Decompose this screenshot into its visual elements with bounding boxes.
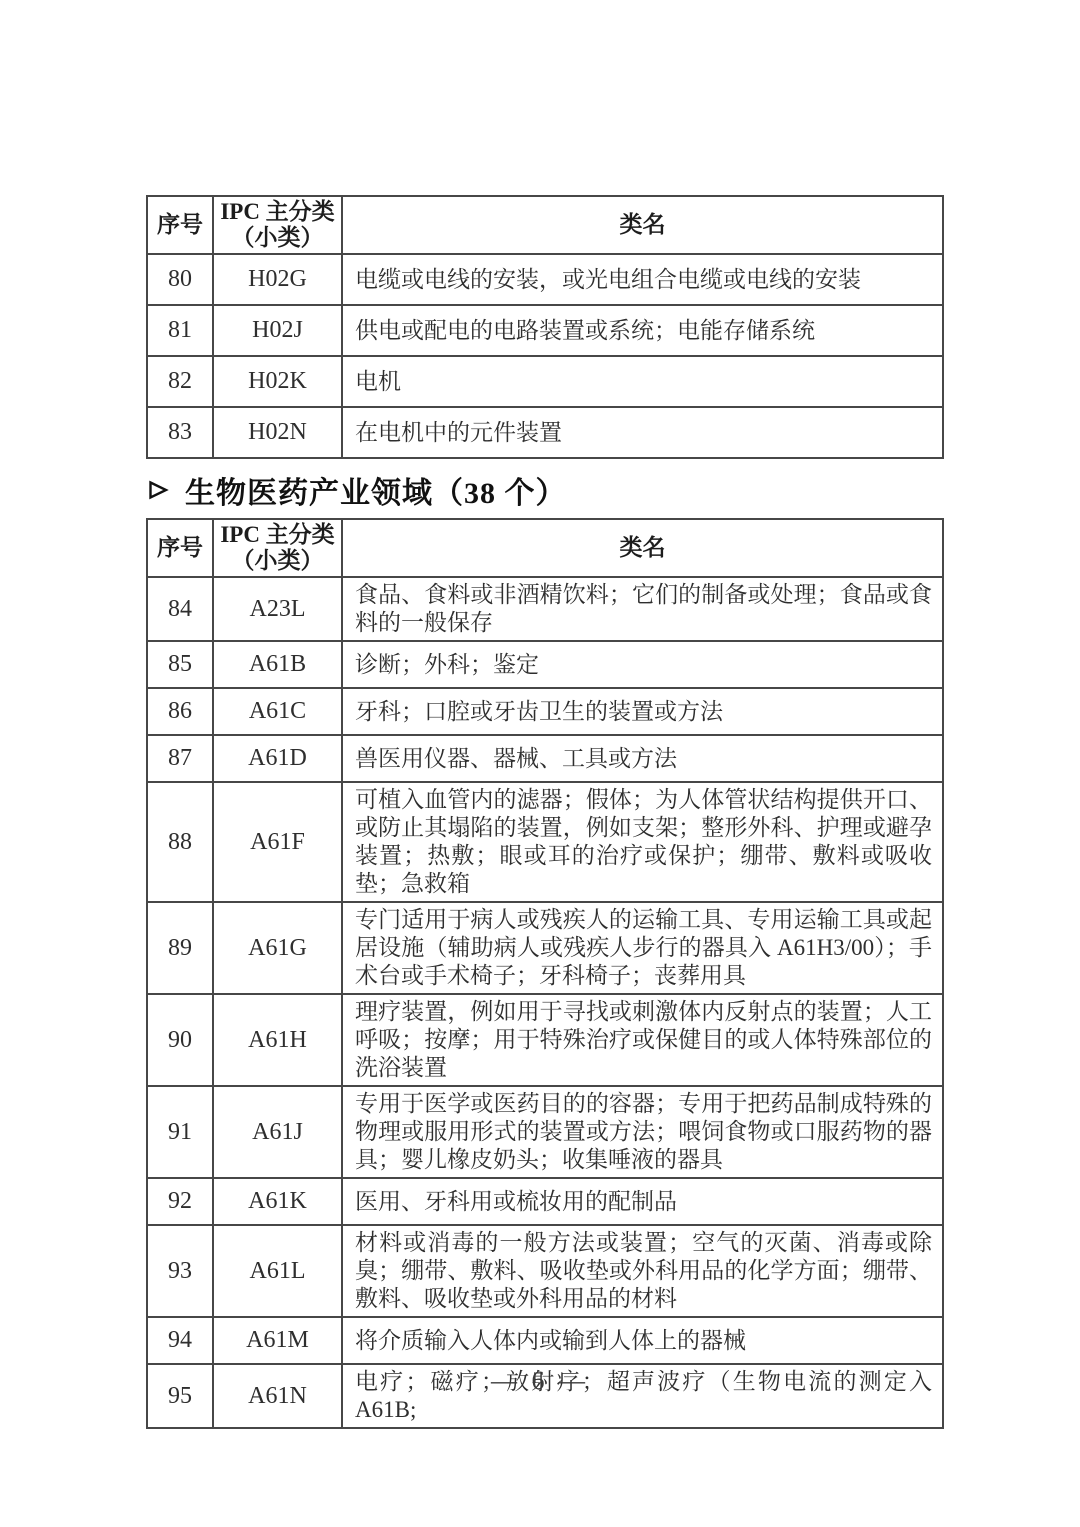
class-name-cell: 供电或配电的电路装置或系统；电能存储系统 <box>342 305 943 356</box>
header-class-name: 类名 <box>342 519 943 577</box>
ipc-code-cell: H02J <box>213 305 342 356</box>
header-ipc-line2: （小类） <box>218 225 337 251</box>
table-row: 89 A61G 专门适用于病人或残疾人的运输工具、专用运输工具或起居设施（辅助病… <box>147 902 943 994</box>
table-body: 84 A23L 食品、食料或非酒精饮料；它们的制备或处理；食品或食料的一般保存 … <box>147 577 943 1428</box>
header-row: 序号 IPC 主分类 （小类） 类名 <box>147 519 943 577</box>
class-name-cell: 医用、牙科用或梳妆用的配制品 <box>342 1178 943 1225</box>
class-name-cell: 电缆或电线的安装，或光电组合电缆或电线的安装 <box>342 254 943 305</box>
table-body: 80 H02G 电缆或电线的安装，或光电组合电缆或电线的安装 81 H02J 供… <box>147 254 943 458</box>
row-number-cell: 91 <box>147 1086 213 1178</box>
header-no: 序号 <box>147 196 213 254</box>
class-name-cell: 专用于医学或医药目的的容器；专用于把药品制成特殊的物理或服用形式的装置或方法；喂… <box>342 1086 943 1178</box>
row-number-cell: 88 <box>147 782 213 902</box>
table-row: 88 A61F 可植入血管内的滤器；假体；为人体管状结构提供开口、或防止其塌陷的… <box>147 782 943 902</box>
header-no: 序号 <box>147 519 213 577</box>
table-row: 81 H02J 供电或配电的电路装置或系统；电能存储系统 <box>147 305 943 356</box>
class-name-cell: 可植入血管内的滤器；假体；为人体管状结构提供开口、或防止其塌陷的装置，例如支架；… <box>342 782 943 902</box>
class-name-cell: 在电机中的元件装置 <box>342 407 943 458</box>
page-number: — 6 — <box>0 1366 1080 1396</box>
class-name-cell: 专门适用于病人或残疾人的运输工具、专用运输工具或起居设施（辅助病人或残疾人步行的… <box>342 902 943 994</box>
section-heading: 生物医药产业领域（38 个） <box>148 473 944 507</box>
table-header: 序号 IPC 主分类 （小类） 类名 <box>147 519 943 577</box>
ipc-code-cell: A61M <box>213 1317 342 1364</box>
table-row: 90 A61H 理疗装置，例如用于寻找或刺激体内反射点的装置；人工呼吸；按摩；用… <box>147 994 943 1086</box>
header-ipc-line1: IPC 主分类 <box>218 199 337 225</box>
ipc-code-cell: A61C <box>213 688 342 735</box>
row-number-cell: 80 <box>147 254 213 305</box>
ipc-table-biomedicine: 序号 IPC 主分类 （小类） 类名 84 A23L 食品、食料或非酒精饮料；它… <box>146 518 944 1429</box>
ipc-code-cell: H02K <box>213 356 342 407</box>
ipc-code-cell: A61H <box>213 994 342 1086</box>
ipc-code-cell: A61D <box>213 735 342 782</box>
header-ipc: IPC 主分类 （小类） <box>213 519 342 577</box>
header-ipc-line2: （小类） <box>218 548 337 574</box>
table-row: 94 A61M 将介质输入人体内或输到人体上的器械 <box>147 1317 943 1364</box>
row-number-cell: 94 <box>147 1317 213 1364</box>
row-number-cell: 81 <box>147 305 213 356</box>
row-number-cell: 85 <box>147 641 213 688</box>
ipc-code-cell: A61L <box>213 1225 342 1317</box>
table-row: 87 A61D 兽医用仪器、器械、工具或方法 <box>147 735 943 782</box>
table-row: 83 H02N 在电机中的元件装置 <box>147 407 943 458</box>
table-row: 91 A61J 专用于医学或医药目的的容器；专用于把药品制成特殊的物理或服用形式… <box>147 1086 943 1178</box>
ipc-code-cell: A61B <box>213 641 342 688</box>
table-row: 92 A61K 医用、牙科用或梳妆用的配制品 <box>147 1178 943 1225</box>
table-row: 93 A61L 材料或消毒的一般方法或装置；空气的灭菌、消毒或除臭；绷带、敷料、… <box>147 1225 943 1317</box>
table-header: 序号 IPC 主分类 （小类） 类名 <box>147 196 943 254</box>
row-number-cell: 90 <box>147 994 213 1086</box>
row-number-cell: 89 <box>147 902 213 994</box>
row-number-cell: 82 <box>147 356 213 407</box>
class-name-cell: 食品、食料或非酒精饮料；它们的制备或处理；食品或食料的一般保存 <box>342 577 943 641</box>
table-row: 86 A61C 牙科；口腔或牙齿卫生的装置或方法 <box>147 688 943 735</box>
class-name-cell: 诊断；外科；鉴定 <box>342 641 943 688</box>
class-name-cell: 将介质输入人体内或输到人体上的器械 <box>342 1317 943 1364</box>
header-ipc-line1: IPC 主分类 <box>218 522 337 548</box>
ipc-code-cell: A61K <box>213 1178 342 1225</box>
ipc-code-cell: H02G <box>213 254 342 305</box>
row-number-cell: 84 <box>147 577 213 641</box>
arrow-bullet-icon <box>148 479 169 501</box>
class-name-cell: 电机 <box>342 356 943 407</box>
class-name-cell: 材料或消毒的一般方法或装置；空气的灭菌、消毒或除臭；绷带、敷料、吸收垫或外科用品… <box>342 1225 943 1317</box>
header-class-name: 类名 <box>342 196 943 254</box>
page-content: 序号 IPC 主分类 （小类） 类名 80 H02G 电缆或电线的安装，或光电组… <box>146 195 944 1429</box>
document-page: 序号 IPC 主分类 （小类） 类名 80 H02G 电缆或电线的安装，或光电组… <box>0 0 1080 1527</box>
row-number-cell: 87 <box>147 735 213 782</box>
ipc-table-energy: 序号 IPC 主分类 （小类） 类名 80 H02G 电缆或电线的安装，或光电组… <box>146 195 944 459</box>
ipc-code-cell: A61F <box>213 782 342 902</box>
table-row: 84 A23L 食品、食料或非酒精饮料；它们的制备或处理；食品或食料的一般保存 <box>147 577 943 641</box>
row-number-cell: 92 <box>147 1178 213 1225</box>
ipc-code-cell: H02N <box>213 407 342 458</box>
ipc-code-cell: A23L <box>213 577 342 641</box>
table-row: 80 H02G 电缆或电线的安装，或光电组合电缆或电线的安装 <box>147 254 943 305</box>
table-row: 85 A61B 诊断；外科；鉴定 <box>147 641 943 688</box>
header-ipc: IPC 主分类 （小类） <box>213 196 342 254</box>
section-title: 生物医药产业领域（38 个） <box>185 468 567 512</box>
class-name-cell: 理疗装置，例如用于寻找或刺激体内反射点的装置；人工呼吸；按摩；用于特殊治疗或保健… <box>342 994 943 1086</box>
class-name-cell: 兽医用仪器、器械、工具或方法 <box>342 735 943 782</box>
ipc-code-cell: A61G <box>213 902 342 994</box>
table-row: 82 H02K 电机 <box>147 356 943 407</box>
row-number-cell: 86 <box>147 688 213 735</box>
row-number-cell: 83 <box>147 407 213 458</box>
ipc-code-cell: A61J <box>213 1086 342 1178</box>
header-row: 序号 IPC 主分类 （小类） 类名 <box>147 196 943 254</box>
row-number-cell: 93 <box>147 1225 213 1317</box>
class-name-cell: 牙科；口腔或牙齿卫生的装置或方法 <box>342 688 943 735</box>
